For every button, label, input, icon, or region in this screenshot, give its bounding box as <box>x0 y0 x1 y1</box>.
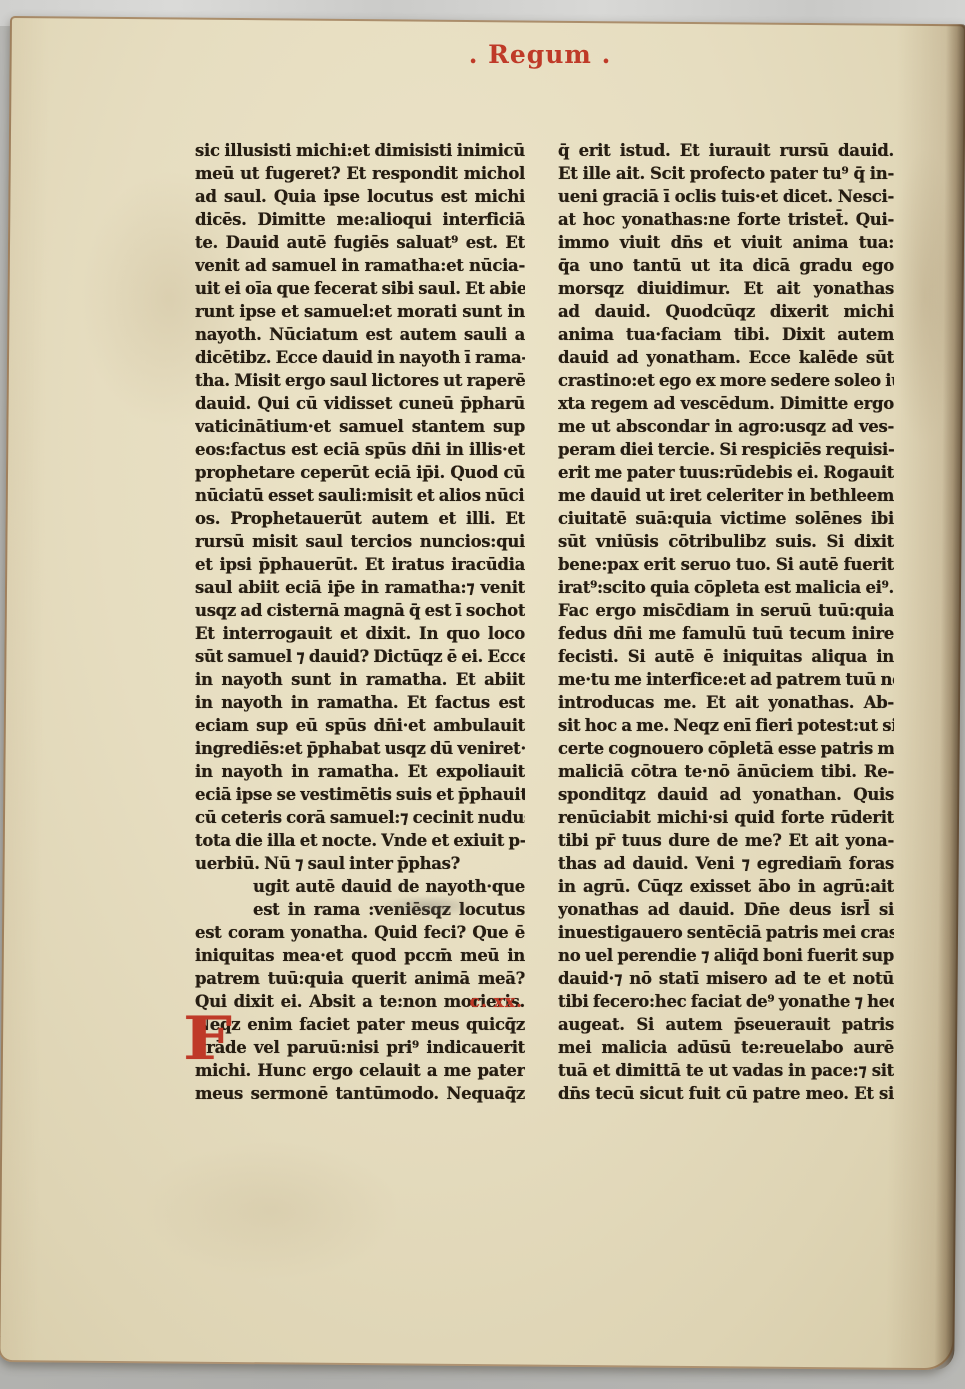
text-line: in nayoth in ramatha. Et expoliauit <box>195 760 525 783</box>
text-line: dicētibz. Ecce dauid in nayoth ī rama- <box>195 346 525 369</box>
text-line: certe cognouero cōpletā esse patris mei <box>558 737 894 760</box>
text-line: ciuitatē suā:quia victime solēnes ibi <box>558 507 894 530</box>
text-line: uit ei oīa que fecerat sibi saul. Et abi… <box>195 277 525 300</box>
text-line: dn̄s tecū sicut fuit cū patre meo. Et si <box>558 1082 894 1105</box>
text-line: erit me pater tuus:rūdebis ei. Rogauit <box>558 461 894 484</box>
text-line: me ut abscondar in agro:usqz ad ves- <box>558 415 894 438</box>
erasure-smudge <box>382 896 474 916</box>
text-line: at hoc yonathas:ne forte tristet̄. Qui- <box>558 208 894 231</box>
text-line: Neqz enim faciet pater meus quicq̄z <box>195 1013 525 1036</box>
text-line: q̄a uno tantū ut ita dicā gradu ego <box>558 254 894 277</box>
text-line: no uel perendie ⁊ aliq̄d boni fuerit sup <box>558 944 894 967</box>
text-line: ad dauid. Quodcūqz dixerit michi <box>558 300 894 323</box>
text-line: in agrū. Cūqz exisset ābo in agrū:ait <box>558 875 894 898</box>
text-line: in nayoth in ramatha. Et factus est <box>195 691 525 714</box>
text-line: te. Dauid autē fugiēs saluat⁹ est. Et <box>195 231 525 254</box>
text-line: Et interrogauit et dixit. In quo loco <box>195 622 525 645</box>
text-line: Fac ergo misc̄diam in seruū tuū:quia <box>558 599 894 622</box>
text-line: ingrediēs:et p̄phabat usqz dū veniret· <box>195 737 525 760</box>
text-line: sit hoc a me. Neqz enī fieri potest:ut s… <box>558 714 894 737</box>
text-column-right: q̄ erit istud. Et iurauit rursū dauid.Et… <box>558 139 894 1105</box>
text-line: sponditqz dauid ad yonathan. Quis <box>558 783 894 806</box>
text-line: saul abiit eciā ip̄e in ramatha:⁊ venit <box>195 576 525 599</box>
text-line: eos:factus est eciā spūs dn̄i in illis·e… <box>195 438 525 461</box>
text-line: augeat. Si autem p̄seuerauit patris <box>558 1013 894 1036</box>
text-line: dauid ad yonatham. Ecce kalēde sūt <box>558 346 894 369</box>
text-line: xta regem ad vescēdum. Dimitte ergo <box>558 392 894 415</box>
text-line: bene:pax erit seruo tuo. Si autē fuerit <box>558 553 894 576</box>
text-line: sic illusisti michi:et dimisisti inimicū <box>195 139 525 162</box>
text-line: venit ad samuel in ramatha:et nūcia- <box>195 254 525 277</box>
text-line: eciā ipse se vestimētis suis et p̄phauit <box>195 783 525 806</box>
text-line: nūciatū esset sauli:misit et alios nūci- <box>195 484 525 507</box>
text-line: sūt samuel ⁊ dauid? Dictūqz ē ei. Ecce <box>195 645 525 668</box>
text-line: Et ille ait. Scit profecto pater tu⁹ q̄ … <box>558 162 894 185</box>
text-line: meū ut fugeret? Et respondit michol <box>195 162 525 185</box>
text-line: crastino:et ego ex more sedere soleo iu- <box>558 369 894 392</box>
text-line: iniquitas mea·et quod pccm̄ meū in <box>195 944 525 967</box>
text-line: fecisti. Si autē ē iniquitas aliqua in <box>558 645 894 668</box>
running-title: . Regum . <box>430 40 650 69</box>
printed-text-layer: . Regum . sic illusisti michi:et dimisis… <box>0 0 965 1389</box>
text-line: immo viuit dn̄s et viuit anima tua: <box>558 231 894 254</box>
text-line: nayoth. Nūciatum est autem sauli a <box>195 323 525 346</box>
text-line: est in rama :veniēsqz locutus <box>195 898 525 921</box>
text-line: inuestigauero sentēciā patris mei crasti… <box>558 921 894 944</box>
text-line: morsqz diuidimur. Et ait yonathas <box>558 277 894 300</box>
text-line: dauid·⁊ nō statī misero ad te et notū <box>558 967 894 990</box>
text-line: patrem tuū:quia querit animā meā? <box>195 967 525 990</box>
text-line: dauid. Qui cū vidisset cuneū p̄pharū <box>195 392 525 415</box>
text-line: me dauid ut iret celeriter in bethleem <box>558 484 894 507</box>
text-line: sūt vniūsis cōtribulibz suis. Si dixit <box>558 530 894 553</box>
text-line: michi. Hunc ergo celauit a me pater <box>195 1059 525 1082</box>
text-line: tuā et dimittā te ut vadas in pace:⁊ sit <box>558 1059 894 1082</box>
text-line: vaticinātium·et samuel stantem sup <box>195 415 525 438</box>
text-line: ugit autē dauid de nayoth·que <box>195 875 525 898</box>
text-column-left: sic illusisti michi:et dimisisti inimicū… <box>195 139 525 1105</box>
text-line: et ipsi p̄phauerūt. Et iratus iracūdia <box>195 553 525 576</box>
text-line: fedus dn̄i me famulū tuū tecum inire <box>558 622 894 645</box>
text-line: irat⁹:scito quia cōpleta est malicia ei⁹… <box>558 576 894 599</box>
text-line: mei malicia adūsū te:reuelabo aurē <box>558 1036 894 1059</box>
text-line: peram diei tercie. Si respiciēs requisi- <box>558 438 894 461</box>
text-line: maliciā cōtra te·nō ānūciem tibi. Re- <box>558 760 894 783</box>
manuscript-scan: { "page": { "header": ". Regum .", "chap… <box>0 0 965 1389</box>
text-line: runt ipse et samuel:et morati sunt in <box>195 300 525 323</box>
text-line: yonathas ad dauid. Dn̄e deus isrl̄ si <box>558 898 894 921</box>
text-line: prophetare ceperūt eciā ip̄i. Quod cū <box>195 461 525 484</box>
text-line: tibi pr̄ tuus dure de me? Et ait yona- <box>558 829 894 852</box>
text-line: me·tu me interfice:et ad patrem tuū ne <box>558 668 894 691</box>
text-line: tota die illa et nocte. Vnde et exiuit p… <box>195 829 525 852</box>
text-line: q̄ erit istud. Et iurauit rursū dauid. <box>558 139 894 162</box>
text-line: renūciabit michi·si quid forte rūderit <box>558 806 894 829</box>
text-line: anima tua·faciam tibi. Dixit autem <box>558 323 894 346</box>
text-line: thas ad dauid. Veni ⁊ egrediam̄ foras <box>558 852 894 875</box>
text-line: meus sermonē tantūmodo. Nequaq̄z <box>195 1082 525 1105</box>
text-line: grāde vel paruū:nisi pri⁹ indicauerit <box>195 1036 525 1059</box>
text-line: eciam sup eū spūs dn̄i·et ambulauit <box>195 714 525 737</box>
text-line: rursū misit saul tercios nuncios:qui <box>195 530 525 553</box>
text-line: cū ceteris corā samuel:⁊ cecinit nudus <box>195 806 525 829</box>
text-line: usqz ad cisternā magnā q̄ est ī sochoth. <box>195 599 525 622</box>
text-line: in nayoth sunt in ramatha. Et abiit <box>195 668 525 691</box>
text-line: Qui dixit ei. Absit a te:non morieris. <box>195 990 525 1013</box>
text-line: ad saul. Quia ipse locutus est michi <box>195 185 525 208</box>
text-line: tha. Misit ergo saul lictores ut raperēt <box>195 369 525 392</box>
text-line: est coram yonatha. Quid feci? Que ē <box>195 921 525 944</box>
text-line: dicēs. Dimitte me:alioqui interficiā <box>195 208 525 231</box>
text-line: uerbiū. Nū ⁊ saul inter p̄phas? <box>195 852 525 875</box>
text-line: ueni graciā ī oclis tuis·et dicet. Nesci… <box>558 185 894 208</box>
text-line: introducas me. Et ait yonathas. Ab- <box>558 691 894 714</box>
text-line: os. Prophetauerūt autem et illi. Et <box>195 507 525 530</box>
text-line: tibi fecero:hec faciat de⁹ yonathe ⁊ hec <box>558 990 894 1013</box>
